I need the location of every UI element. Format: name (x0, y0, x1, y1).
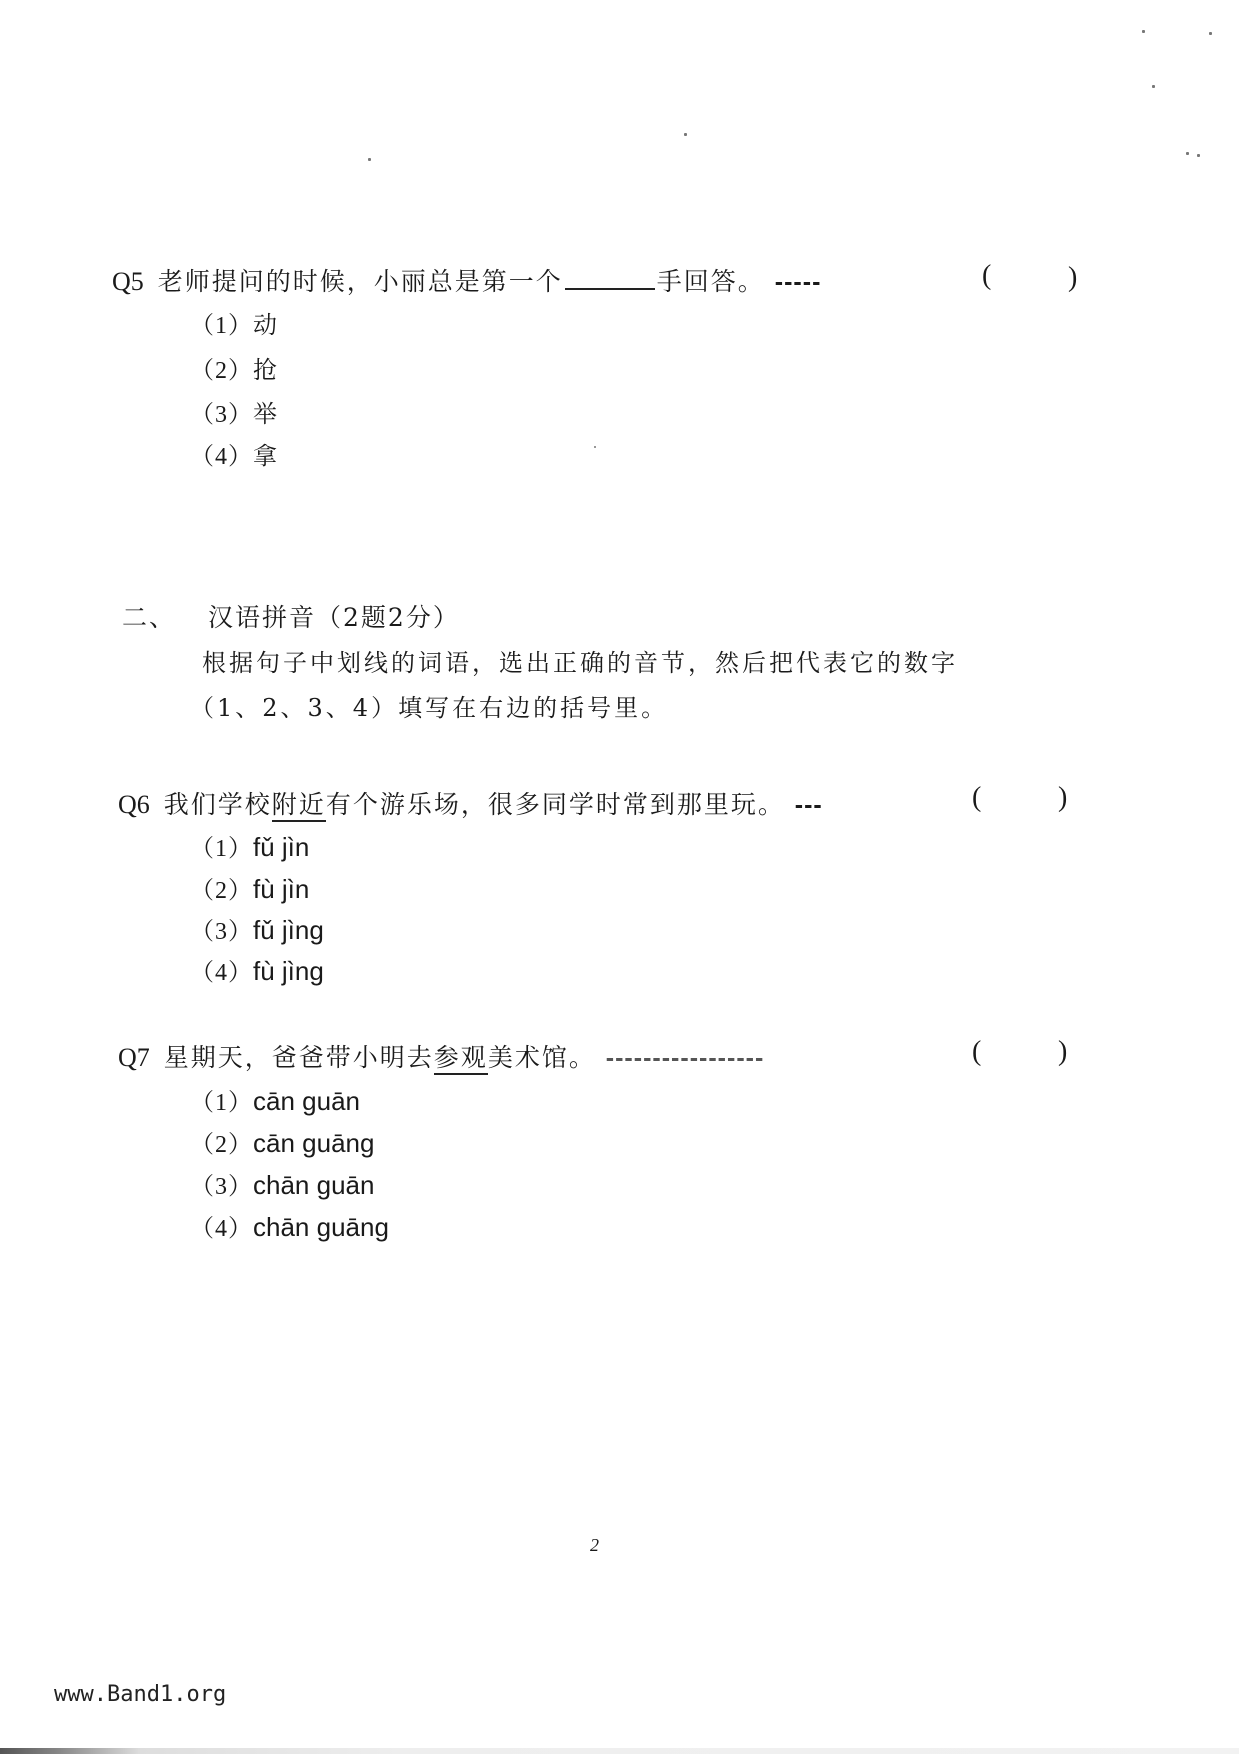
option-text: 举 (253, 400, 278, 428)
answer-box-q6[interactable] (990, 784, 1054, 818)
leader-dashes: --- (795, 791, 823, 819)
scan-edge (0, 1748, 1239, 1754)
answer-paren-close: ) (1058, 1036, 1067, 1068)
scan-speck (1186, 152, 1189, 155)
scan-speck (1152, 85, 1155, 88)
section-2-heading: 二、汉语拼音（2题2分） (122, 598, 460, 634)
option-text: 抢 (253, 356, 278, 384)
scan-speck (684, 133, 687, 136)
option-number: （3） (190, 1174, 253, 1200)
option-number: （1） (190, 313, 253, 339)
question-label: Q6 (118, 790, 150, 819)
stem-text: 有个游乐场，很多同学时常到那里玩。 (326, 790, 785, 819)
answer-blank[interactable] (565, 268, 655, 290)
option-number: （2） (190, 358, 253, 384)
option-q7-1[interactable]: （1）cān guān (190, 1082, 360, 1117)
option-q6-3[interactable]: （3）fǔ jìng (190, 911, 324, 946)
option-q5-2[interactable]: （2）抢 (190, 350, 278, 385)
stem-text: 美术馆。 (488, 1043, 596, 1072)
answer-paren-open: ( (972, 1036, 981, 1068)
question-q7-stem: Q7星期天，爸爸带小明去参观美术馆。 ----------------- (118, 1038, 764, 1074)
section-2-instruction-line2: （1、2、3、4）填写在右边的括号里。 (190, 688, 668, 723)
option-text: fǔ jìn (253, 832, 309, 862)
option-text: 动 (253, 311, 278, 339)
question-label: Q7 (118, 1043, 150, 1072)
option-number: （4） (190, 960, 253, 986)
scan-speck (1197, 154, 1200, 157)
option-number: （3） (190, 402, 253, 428)
answer-box-q5[interactable] (1000, 262, 1064, 296)
option-q6-2[interactable]: （2）fù jìn (190, 870, 309, 905)
leader-dashes: ----- (775, 268, 822, 296)
scan-speck (1209, 32, 1212, 35)
question-q5-stem: Q5老师提问的时候，小丽总是第一个手回答。 ----- (112, 262, 821, 298)
leader-dashes: ----------------- (606, 1044, 765, 1072)
answer-paren-close: ) (1058, 782, 1067, 814)
stem-text: 老师提问的时候，小丽总是第一个 (158, 267, 563, 296)
question-q6-stem: Q6我们学校附近有个游乐场，很多同学时常到那里玩。 --- (118, 785, 823, 821)
section-number: 二、 (122, 603, 176, 632)
scan-speck (594, 446, 596, 448)
underlined-word: 附近 (272, 790, 326, 822)
page-number: 2 (590, 1535, 599, 1556)
scan-speck (1142, 30, 1145, 33)
stem-text: 我们学校 (164, 790, 272, 819)
option-q7-4[interactable]: （4）chān guāng (190, 1208, 389, 1243)
option-number: （4） (190, 444, 253, 470)
option-q6-1[interactable]: （1）fǔ jìn (190, 828, 309, 863)
option-number: （3） (190, 919, 253, 945)
stem-text: 星期天，爸爸带小明去 (164, 1043, 434, 1072)
option-number: （1） (190, 836, 253, 862)
option-text: chān guāng (253, 1212, 389, 1242)
question-label: Q5 (112, 267, 144, 296)
option-text: chān guān (253, 1170, 374, 1200)
option-text: fǔ jìng (253, 915, 324, 945)
option-q5-1[interactable]: （1）动 (190, 305, 278, 340)
stem-text: 手回答。 (657, 267, 765, 296)
option-text: cān guāng (253, 1128, 374, 1158)
answer-paren-open: ( (972, 782, 981, 814)
option-number: （1） (190, 1090, 253, 1116)
option-text: fù jìng (253, 956, 324, 986)
option-q7-3[interactable]: （3）chān guān (190, 1166, 374, 1201)
section-2-instruction-line1: 根据句子中划线的词语，选出正确的音节，然后把代表它的数字 (202, 643, 958, 678)
section-title: 汉语拼音（2题2分） (208, 603, 460, 632)
scan-speck (368, 158, 371, 161)
option-q6-4[interactable]: （4）fù jìng (190, 952, 324, 987)
option-number: （4） (190, 1216, 253, 1242)
option-text: fù jìn (253, 874, 309, 904)
option-number: （2） (190, 878, 253, 904)
option-q5-4[interactable]: （4）拿 (190, 436, 278, 471)
watermark-url[interactable]: www.Band1.org (54, 1682, 226, 1707)
underlined-word: 参观 (434, 1043, 488, 1075)
answer-paren-open: ( (982, 260, 991, 292)
answer-paren-close: ) (1068, 262, 1077, 294)
option-q5-3[interactable]: （3）举 (190, 394, 278, 429)
option-number: （2） (190, 1132, 253, 1158)
option-text: cān guān (253, 1086, 360, 1116)
option-q7-2[interactable]: （2）cān guāng (190, 1124, 374, 1159)
option-text: 拿 (253, 442, 278, 470)
answer-box-q7[interactable] (990, 1038, 1054, 1072)
exam-page: Q5老师提问的时候，小丽总是第一个手回答。 ----- ( ) （1）动 （2）… (0, 0, 1239, 1754)
